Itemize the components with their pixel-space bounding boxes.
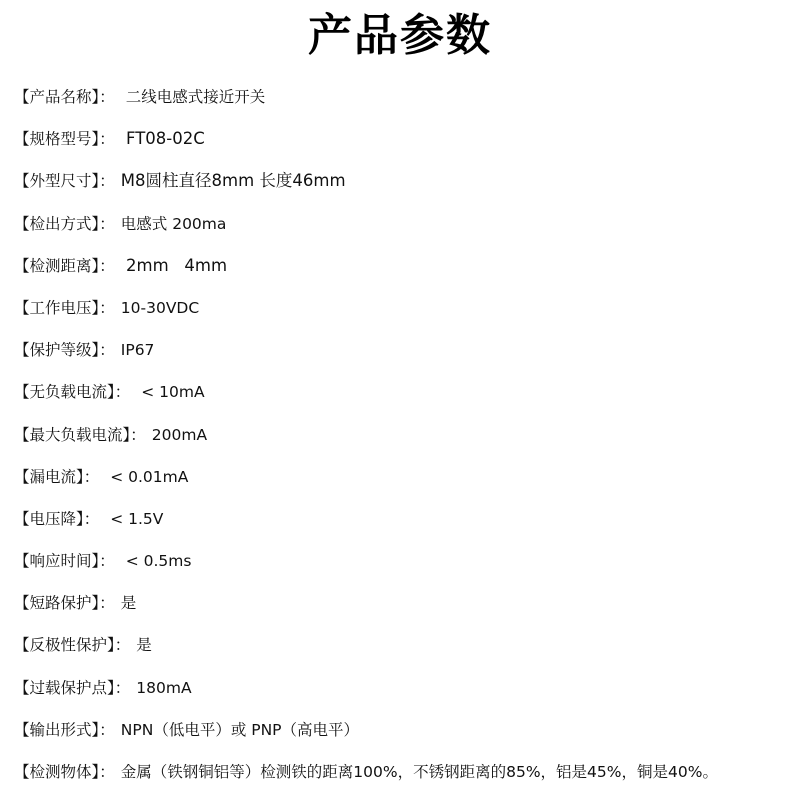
param-value: < 0.01mA bbox=[105, 468, 188, 486]
param-value: 2mm 4mm bbox=[121, 256, 227, 275]
param-value: < 0.5ms bbox=[121, 552, 192, 570]
param-label: 【响应时间】 bbox=[14, 552, 99, 570]
param-value: 二线电感式接近开关 bbox=[121, 88, 265, 106]
param-separator: ： bbox=[99, 88, 115, 106]
param-label: 【工作电压】 bbox=[14, 299, 99, 317]
param-value: 180mA bbox=[136, 679, 191, 697]
param-separator: ： bbox=[99, 130, 115, 148]
param-response-time: 【响应时间】： < 0.5ms bbox=[14, 547, 800, 589]
param-separator: ： bbox=[99, 341, 115, 359]
param-separator: ： bbox=[99, 172, 115, 190]
param-value: M8圆柱直径8mm 长度46mm bbox=[121, 171, 346, 190]
param-voltage-drop: 【电压降】： < 1.5V bbox=[14, 505, 800, 547]
param-detection-method: 【检出方式】：电感式 200ma bbox=[14, 210, 800, 252]
param-label: 【漏电流】 bbox=[14, 468, 84, 486]
param-value: 200mA bbox=[152, 426, 207, 444]
param-value: 是 bbox=[136, 636, 152, 654]
param-label: 【检测距离】 bbox=[14, 257, 99, 275]
param-separator: ： bbox=[99, 257, 115, 275]
param-separator: ： bbox=[115, 679, 131, 697]
param-short-circuit-protection: 【短路保护】：是 bbox=[14, 589, 800, 631]
param-separator: ： bbox=[99, 721, 115, 739]
param-value: 金属（铁钢铜铝等）检测铁的距离100%，不锈钢距离的85%，铝是45%，铜是40… bbox=[121, 763, 718, 781]
param-value: < 10mA bbox=[136, 383, 204, 401]
param-detection-distance: 【检测距离】： 2mm 4mm bbox=[14, 252, 800, 294]
page-title: 产品参数 bbox=[0, 6, 800, 66]
param-protection-rating: 【保护等级】：IP67 bbox=[14, 336, 800, 378]
param-leakage-current: 【漏电流】： < 0.01mA bbox=[14, 463, 800, 505]
param-product-name: 【产品名称】： 二线电感式接近开关 bbox=[14, 83, 800, 125]
param-label: 【输出形式】 bbox=[14, 721, 99, 739]
param-output-type: 【输出形式】：NPN（低电平）或 PNP（高电平） bbox=[14, 716, 800, 758]
param-separator: ： bbox=[99, 594, 115, 612]
param-label: 【电压降】 bbox=[14, 510, 84, 528]
param-label: 【反极性保护】 bbox=[14, 636, 115, 654]
param-overload-protection-point: 【过载保护点】：180mA bbox=[14, 674, 800, 716]
param-label: 【短路保护】 bbox=[14, 594, 99, 612]
param-value: IP67 bbox=[121, 341, 155, 359]
param-model: 【规格型号】： FT08-02C bbox=[14, 125, 800, 167]
param-value: 10-30VDC bbox=[121, 299, 199, 317]
param-max-load-current: 【最大负载电流】：200mA bbox=[14, 421, 800, 463]
param-separator: ： bbox=[99, 763, 115, 781]
param-label: 【检出方式】 bbox=[14, 215, 99, 233]
param-detection-object: 【检测物体】：金属（铁钢铜铝等）检测铁的距离100%，不锈钢距离的85%，铝是4… bbox=[14, 758, 800, 800]
param-separator: ： bbox=[115, 383, 131, 401]
param-separator: ： bbox=[84, 510, 100, 528]
param-no-load-current: 【无负载电流】： < 10mA bbox=[14, 378, 800, 420]
param-value: < 1.5V bbox=[105, 510, 163, 528]
param-label: 【外型尺寸】 bbox=[14, 172, 99, 190]
param-separator: ： bbox=[99, 552, 115, 570]
param-label: 【检测物体】 bbox=[14, 763, 99, 781]
param-label: 【保护等级】 bbox=[14, 341, 99, 359]
param-separator: ： bbox=[115, 636, 131, 654]
param-dimensions: 【外型尺寸】：M8圆柱直径8mm 长度46mm bbox=[14, 167, 800, 209]
param-value: NPN（低电平）或 PNP（高电平） bbox=[121, 721, 359, 739]
parameter-list: 【产品名称】： 二线电感式接近开关 【规格型号】： FT08-02C 【外型尺寸… bbox=[14, 83, 800, 800]
param-separator: ： bbox=[130, 426, 146, 444]
param-label: 【过载保护点】 bbox=[14, 679, 115, 697]
param-value: FT08-02C bbox=[121, 129, 205, 148]
param-label: 【规格型号】 bbox=[14, 130, 99, 148]
param-reverse-polarity-protection: 【反极性保护】：是 bbox=[14, 631, 800, 673]
param-separator: ： bbox=[99, 299, 115, 317]
param-value: 电感式 200ma bbox=[121, 215, 227, 233]
param-label: 【产品名称】 bbox=[14, 88, 99, 106]
param-value: 是 bbox=[121, 594, 137, 612]
param-separator: ： bbox=[84, 468, 100, 486]
param-operating-voltage: 【工作电压】：10-30VDC bbox=[14, 294, 800, 336]
param-label: 【最大负载电流】 bbox=[14, 426, 130, 444]
param-label: 【无负载电流】 bbox=[14, 383, 115, 401]
param-separator: ： bbox=[99, 215, 115, 233]
